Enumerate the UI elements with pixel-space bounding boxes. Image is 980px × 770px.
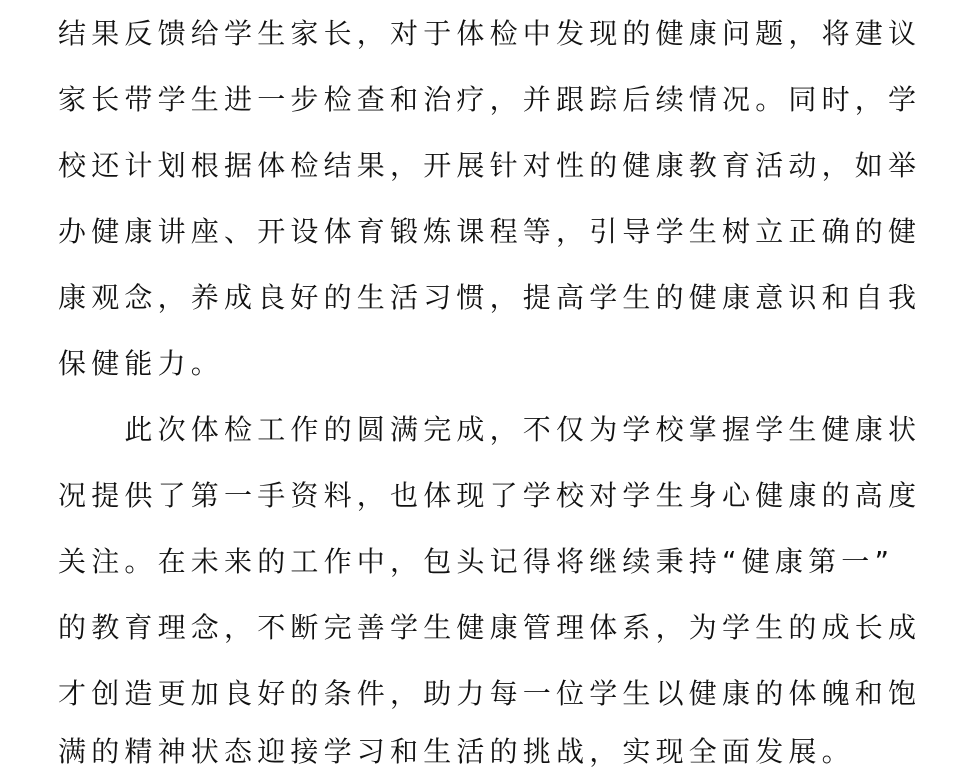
text-line: 满的精神状态迎接学习和生活的挑战，实现全面发展。 [58, 732, 855, 770]
text-line: 结果反馈给学生家长，对于体检中发现的健康问题，将建议 [58, 14, 921, 54]
text-line: 办健康讲座、开设体育锻炼课程等，引导学生树立正确的健 [58, 212, 921, 252]
text-line: 校还计划根据体检结果，开展针对性的健康教育活动，如举 [58, 146, 921, 186]
text-line: 此次体检工作的圆满完成，不仅为学校掌握学生健康状 [58, 410, 921, 450]
text-line: 的教育理念，不断完善学生健康管理体系，为学生的成长成 [58, 608, 921, 648]
text-line: 家长带学生进一步检查和治疗，并跟踪后续情况。同时，学 [58, 80, 921, 120]
text-line: 康观念，养成良好的生活习惯，提高学生的健康意识和自我 [58, 278, 921, 318]
text-line: 才创造更加良好的条件，助力每一位学生以健康的体魄和饱 [58, 674, 921, 714]
text-line: 况提供了第一手资料，也体现了学校对学生身心健康的高度 [58, 476, 921, 516]
text-line: 关注。在未来的工作中，包头记得将继续秉持“健康第一” [58, 542, 894, 582]
text-line: 保健能力。 [58, 344, 224, 384]
